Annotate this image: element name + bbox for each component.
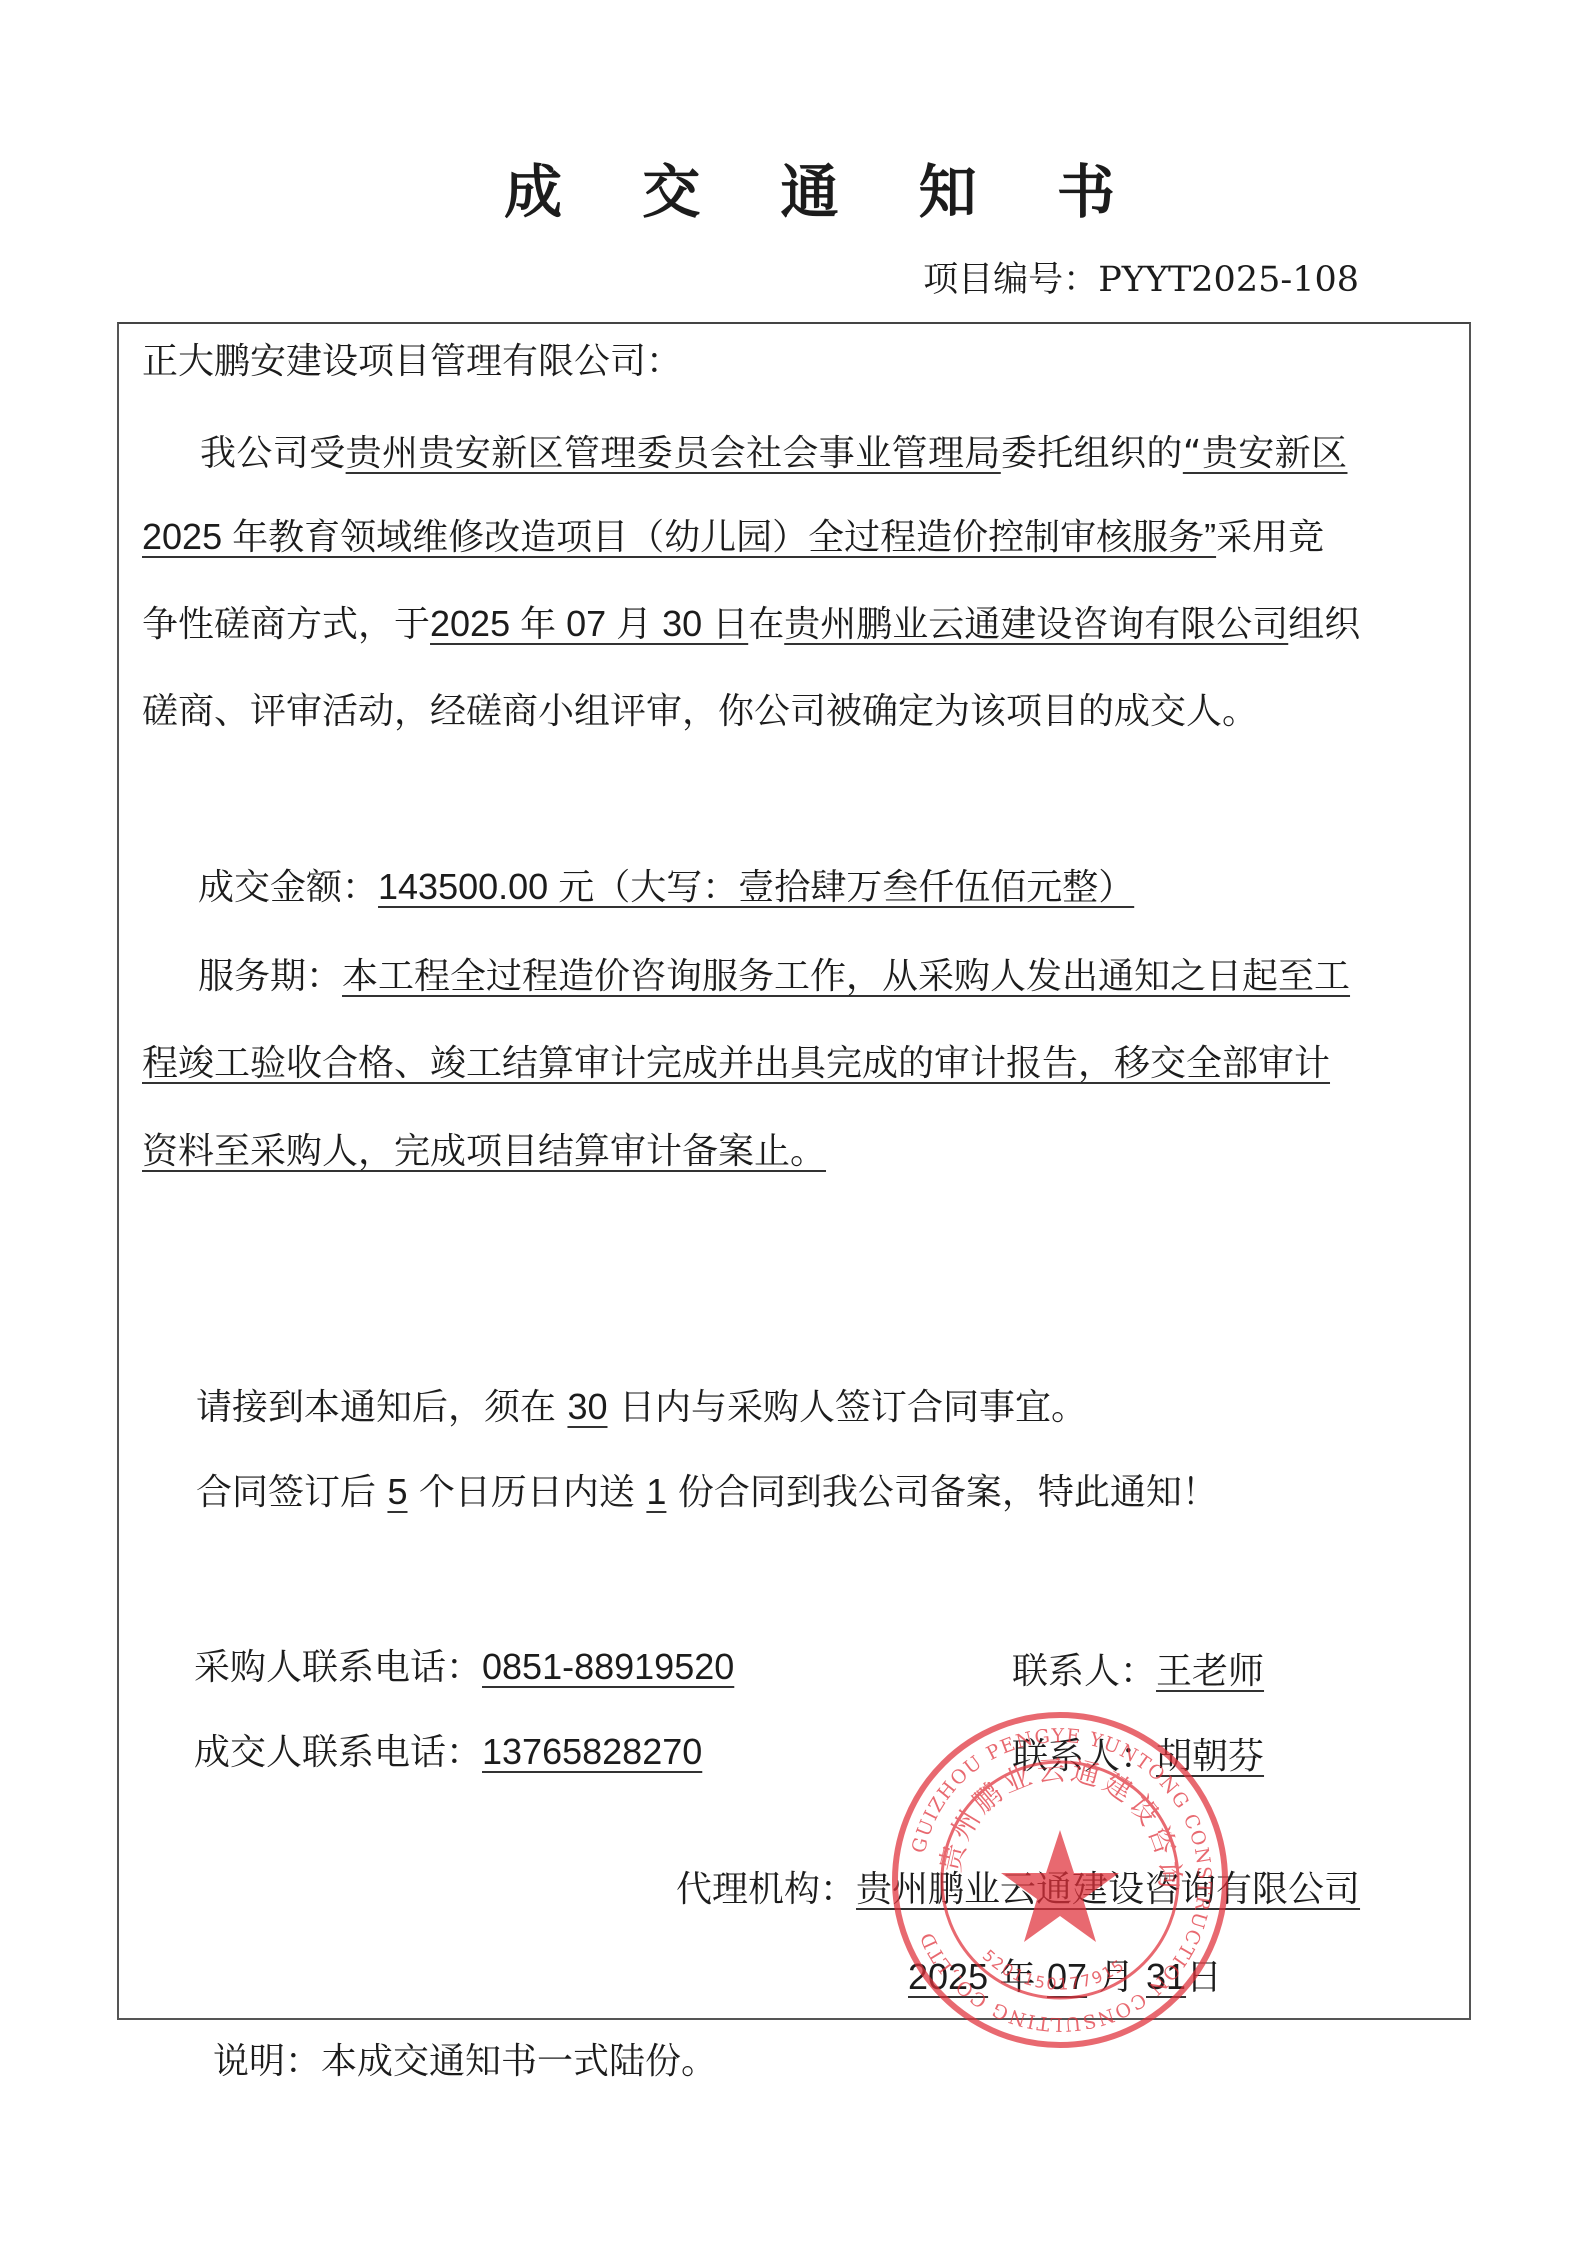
text: 委托组织的 [1001, 433, 1183, 474]
paragraph1-line3: 争性磋商方式，于2025 年 07 月 30 日在贵州鹏业云通建设咨询有限公司组… [142, 602, 1360, 647]
project-name-part1: “贵安新区 [1183, 433, 1348, 474]
text: 组织 [1288, 604, 1360, 645]
winner-phone: 13765828270 [482, 1731, 702, 1772]
text: 日内与采购人签订合同事宜。 [608, 1387, 1087, 1428]
project-number-label: 项目编号： [923, 260, 1098, 300]
project-number-value: PYYT2025-108 [1098, 260, 1359, 300]
addressee: 正大鹏安建设项目管理有限公司： [142, 340, 682, 384]
service-period-text: 本工程全过程造价咨询服务工作，从采购人发出通知之日起至工 [342, 956, 1350, 997]
text: 份合同到我公司备案，特此通知！ [666, 1472, 1217, 1513]
purchaser-contact-label: 联系人： [1012, 1651, 1156, 1692]
service-period-line2: 程竣工验收合格、竣工结算审计完成并出具完成的审计报告，移交全部审计 [142, 1042, 1330, 1086]
text: 请接到本通知后，须在 [196, 1387, 567, 1428]
purchaser-contact-line: 联系人：王老师 [1012, 1650, 1264, 1694]
sign-days: 30 [567, 1386, 607, 1427]
notice-sign-contract: 请接到本通知后，须在 30 日内与采购人签订合同事宜。 [196, 1385, 1087, 1430]
agency-name: 贵州鹏业云通建设咨询有限公司 [784, 604, 1288, 645]
paragraph1-line4: 磋商、评审活动，经磋商小组评审，你公司被确定为该项目的成交人。 [142, 690, 1258, 734]
issue-month: 07 [1047, 1956, 1087, 1997]
copies-count: 1 [646, 1471, 666, 1512]
project-number: 项目编号：PYYT2025-108 [923, 252, 1359, 302]
purchaser-contact: 王老师 [1156, 1651, 1264, 1692]
text: 合同签订后 [196, 1472, 387, 1513]
service-period-line1: 服务期：本工程全过程造价咨询服务工作，从采购人发出通知之日起至工 [198, 955, 1350, 999]
amount-label: 成交金额： [198, 867, 378, 908]
file-days: 5 [387, 1471, 407, 1512]
text: 年 [1000, 1957, 1036, 1998]
service-period-label: 服务期： [198, 956, 342, 997]
issue-date: 2025 年 07 月 31日 [908, 1955, 1222, 2000]
text: 在 [748, 604, 784, 645]
issue-day: 31 [1146, 1956, 1186, 1997]
text: 我公司受 [200, 433, 346, 474]
service-period-text: 程竣工验收合格、竣工结算审计完成并出具完成的审计报告，移交全部审计 [142, 1043, 1330, 1084]
amount-line: 成交金额：143500.00 元（大写：壹拾肆万叁仟伍佰元整） [198, 865, 1134, 910]
notice-file-contract: 合同签订后 5 个日历日内送 1 份合同到我公司备案，特此通知！ [196, 1470, 1218, 1515]
project-name-part2: 2025 年教育领域维修改造项目（幼儿园）全过程造价控制审核服务” [142, 516, 1216, 557]
text: 争性磋商方式，于 [142, 604, 430, 645]
issue-year: 2025 [908, 1956, 988, 1997]
text: 个日历日内送 [407, 1472, 646, 1513]
winner-phone-line: 成交人联系电话：13765828270 [194, 1730, 702, 1775]
text: 采用竞 [1216, 517, 1324, 558]
paragraph1-line1: 我公司受贵州贵安新区管理委员会社会事业管理局委托组织的“贵安新区 [200, 432, 1347, 476]
text: 月 [1099, 1957, 1135, 1998]
agency-signature-name: 贵州鹏业云通建设咨询有限公司 [856, 1869, 1360, 1910]
winner-contact: 胡朝芬 [1156, 1736, 1264, 1777]
agency-label: 代理机构： [676, 1869, 856, 1910]
agency-signature-line: 代理机构：贵州鹏业云通建设咨询有限公司 [676, 1868, 1360, 1912]
purchaser-name: 贵州贵安新区管理委员会社会事业管理局 [346, 433, 1001, 474]
amount-value: 143500.00 元（大写：壹拾肆万叁仟伍佰元整） [378, 866, 1134, 907]
session-date: 2025 年 07 月 30 日 [430, 603, 748, 644]
text: 日 [1186, 1957, 1222, 1998]
purchaser-phone-label: 采购人联系电话： [194, 1647, 482, 1688]
document-title: 成 交 通 知 书 [0, 145, 1589, 229]
purchaser-phone: 0851-88919520 [482, 1646, 734, 1687]
service-period-text: 资料至采购人，完成项目结算审计备案止。 [142, 1131, 826, 1172]
paragraph1-line2: 2025 年教育领域维修改造项目（幼儿园）全过程造价控制审核服务”采用竞 [142, 515, 1324, 560]
winner-contact-line: 联系人：胡朝芬 [1012, 1735, 1264, 1779]
service-period-line3: 资料至采购人，完成项目结算审计备案止。 [142, 1130, 826, 1174]
winner-phone-label: 成交人联系电话： [194, 1732, 482, 1773]
winner-contact-label: 联系人： [1012, 1736, 1156, 1777]
footnote: 说明：本成交通知书一式陆份。 [213, 2040, 717, 2084]
purchaser-phone-line: 采购人联系电话：0851-88919520 [194, 1645, 734, 1690]
